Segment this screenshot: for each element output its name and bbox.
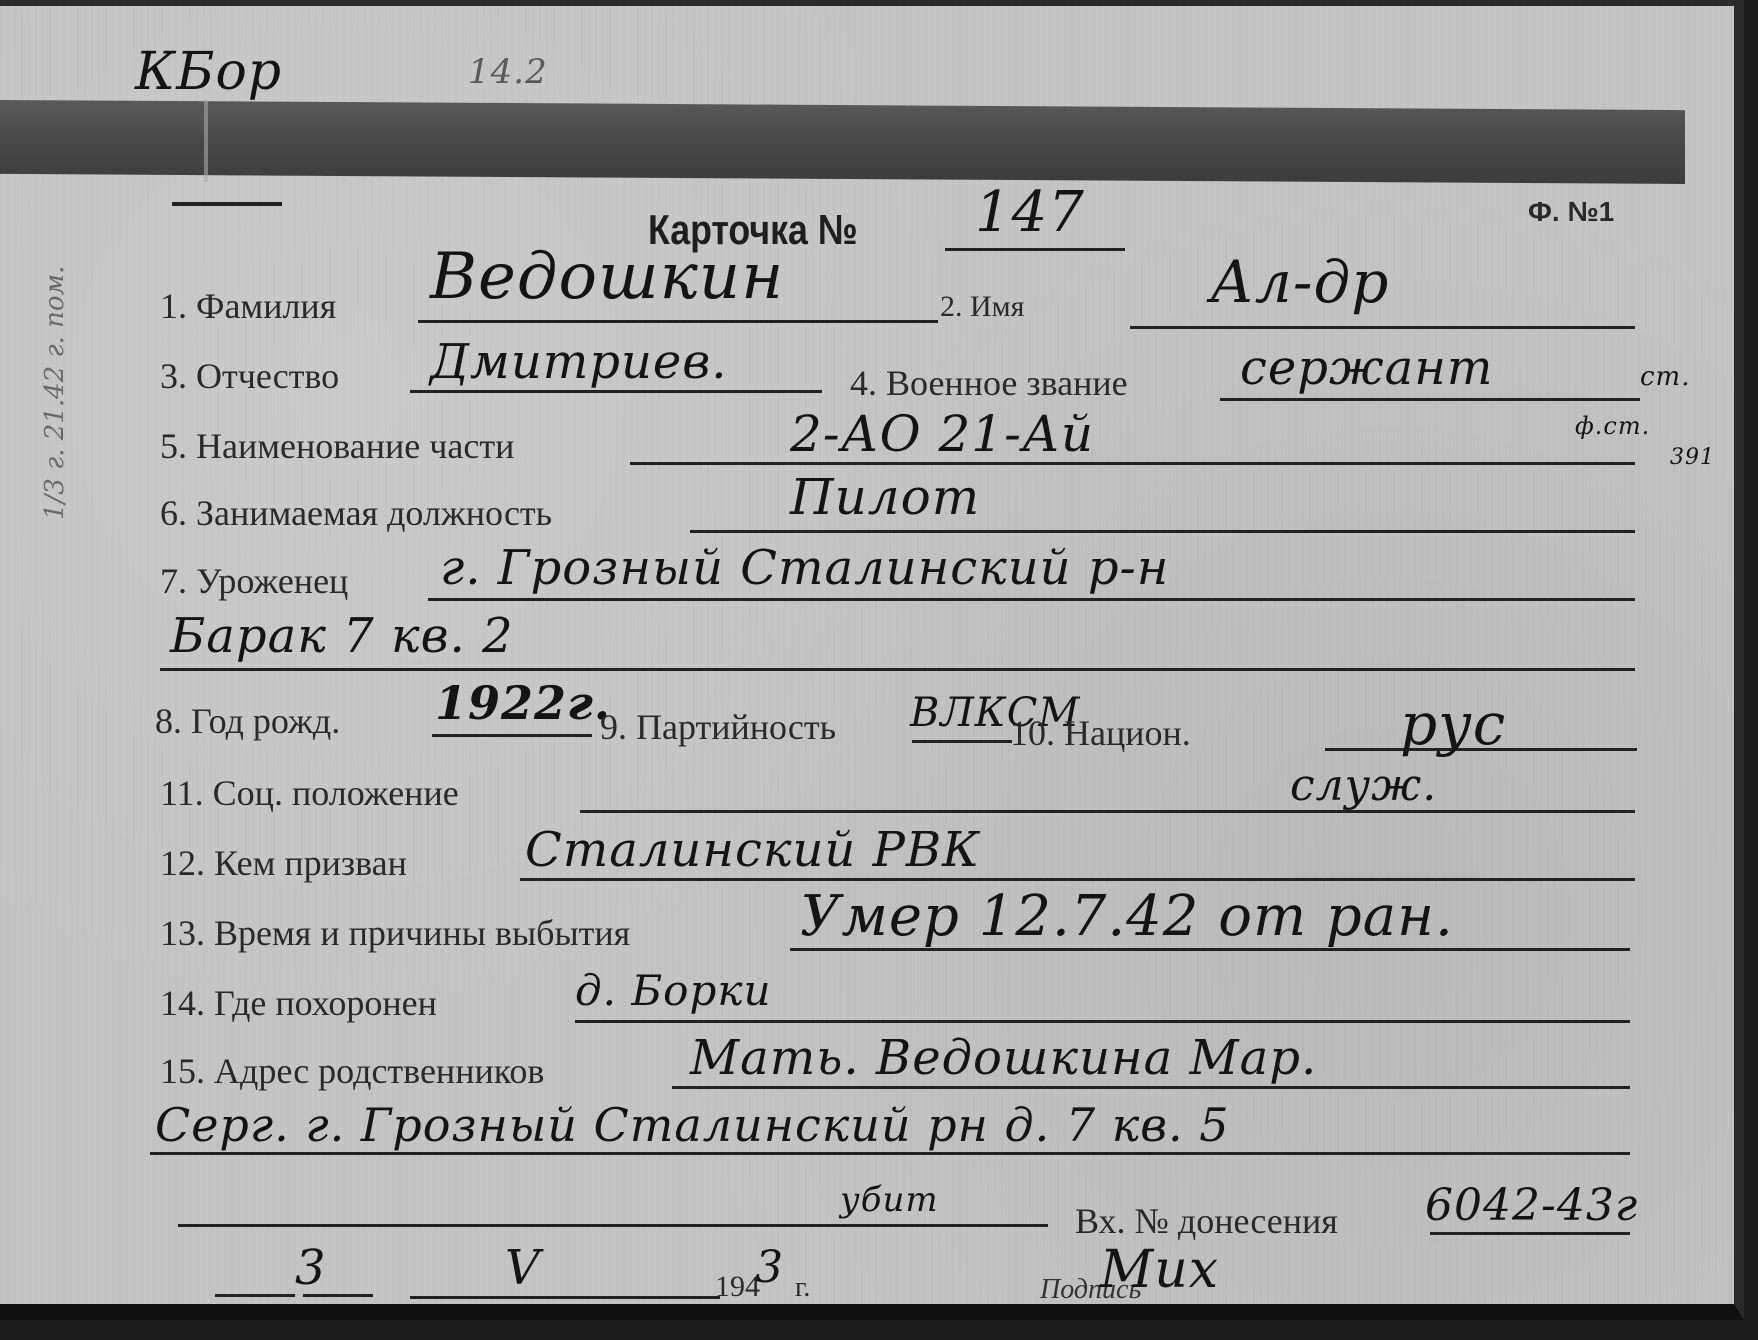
form-number: Ф. №1 [1528, 196, 1614, 228]
date-month: V [505, 1240, 541, 1296]
value-relatives-address: Мать. Ведошкина Мар. [690, 1030, 1317, 1086]
unit-annotation: ф.ст. [1575, 412, 1650, 440]
line-patronymic [410, 390, 822, 393]
label-birth-year: 8. Год рожд. [155, 700, 340, 742]
margin-note: 1/3 г. 21.42 г. пом. [40, 266, 70, 520]
value-nationality: рус [1400, 690, 1506, 758]
value-social-status: служ. [1290, 760, 1437, 811]
line-date-day [215, 1294, 295, 1297]
value-position: Пилот [790, 468, 980, 526]
line-drafted-by [520, 878, 1635, 881]
line-rank [1220, 398, 1640, 401]
header-dash [172, 202, 282, 206]
value-surname: Ведошкин [430, 240, 784, 314]
value-birthplace: г. Грозный Сталинский р-н [440, 540, 1169, 596]
line-position [690, 530, 1635, 533]
line-surname [418, 320, 938, 323]
line-birth-year [432, 734, 592, 737]
line-party [912, 740, 1012, 743]
label-position: 6. Занимаемая должность [160, 492, 552, 534]
card-number: 147 [975, 180, 1085, 245]
unit-annotation-number: 391 [1670, 445, 1715, 470]
value-unit: 2-АО 21-Ай [790, 405, 1094, 463]
top-handwritten-note: КБор [135, 42, 282, 102]
label-burial-place: 14. Где похоронен [160, 982, 437, 1024]
label-party: 9. Партийность [600, 706, 836, 748]
personnel-card: КБор 14.2 Карточка № 147 Ф. №1 1. Фамили… [0, 0, 1744, 1320]
date-day: 3 [295, 1240, 327, 1296]
value-drafted-by: Сталинский РВК [525, 822, 980, 878]
label-birthplace: 7. Уроженец [160, 560, 348, 602]
line-relatives-address-2 [150, 1152, 1630, 1155]
signature: Мих [1100, 1240, 1219, 1300]
date-year-prefix: 194 [715, 1270, 760, 1304]
label-first-name: 2. Имя [940, 290, 1024, 324]
value-first-name: Ал-др [1210, 248, 1389, 316]
line-birthplace-2 [160, 668, 1635, 671]
line-burial-place [575, 1020, 1630, 1023]
label-relatives-address: 15. Адрес родственников [160, 1050, 544, 1092]
label-unit: 5. Наименование части [160, 425, 514, 467]
date-year-suffix: 3 [755, 1242, 784, 1293]
line-social-status [580, 810, 1635, 813]
value-birthplace-line2: Барак 7 кв. 2 [170, 608, 514, 664]
line-birthplace [428, 598, 1635, 601]
value-departure: Умер 12.7.42 от ран. [800, 884, 1454, 949]
label-departure: 13. Время и причины выбытия [160, 912, 630, 954]
band-notch [204, 100, 208, 182]
footer-unit-note: убит [840, 1180, 939, 1220]
value-birth-year: 1922г. [435, 676, 611, 730]
label-nationality: 10. Национ. [1010, 712, 1191, 754]
label-drafted-by: 12. Кем призван [160, 842, 407, 884]
line-first-name [1130, 326, 1635, 329]
value-rank: сержант [1240, 340, 1493, 396]
line-unit [630, 462, 1635, 465]
line-date-month [410, 1296, 720, 1299]
line-report-number [1430, 1232, 1630, 1235]
value-relatives-address-line2: Серг. г. Грозный Сталинский рн д. 7 кв. … [155, 1098, 1230, 1152]
rank-annotation: ст. [1640, 362, 1690, 392]
label-surname: 1. Фамилия [160, 285, 336, 327]
value-burial-place: д. Борки [575, 966, 772, 1015]
label-rank: 4. Военное звание [850, 362, 1128, 404]
header-band [0, 100, 1685, 184]
label-patronymic: 3. Отчество [160, 355, 339, 397]
value-patronymic: Дмитриев. [430, 334, 728, 390]
date-year-end: г. [795, 1272, 810, 1304]
line-footer-notes [178, 1224, 1048, 1227]
top-note-number: 14.2 [468, 52, 548, 92]
top-edge [0, 0, 1734, 6]
label-report-number: Вх. № донесения [1075, 1200, 1338, 1242]
line-date-day-2 [303, 1294, 373, 1297]
label-social-status: 11. Соц. положение [160, 772, 459, 814]
card-number-line [945, 248, 1125, 251]
value-report-number: 6042-43г [1425, 1180, 1638, 1231]
line-relatives-address [672, 1086, 1630, 1089]
